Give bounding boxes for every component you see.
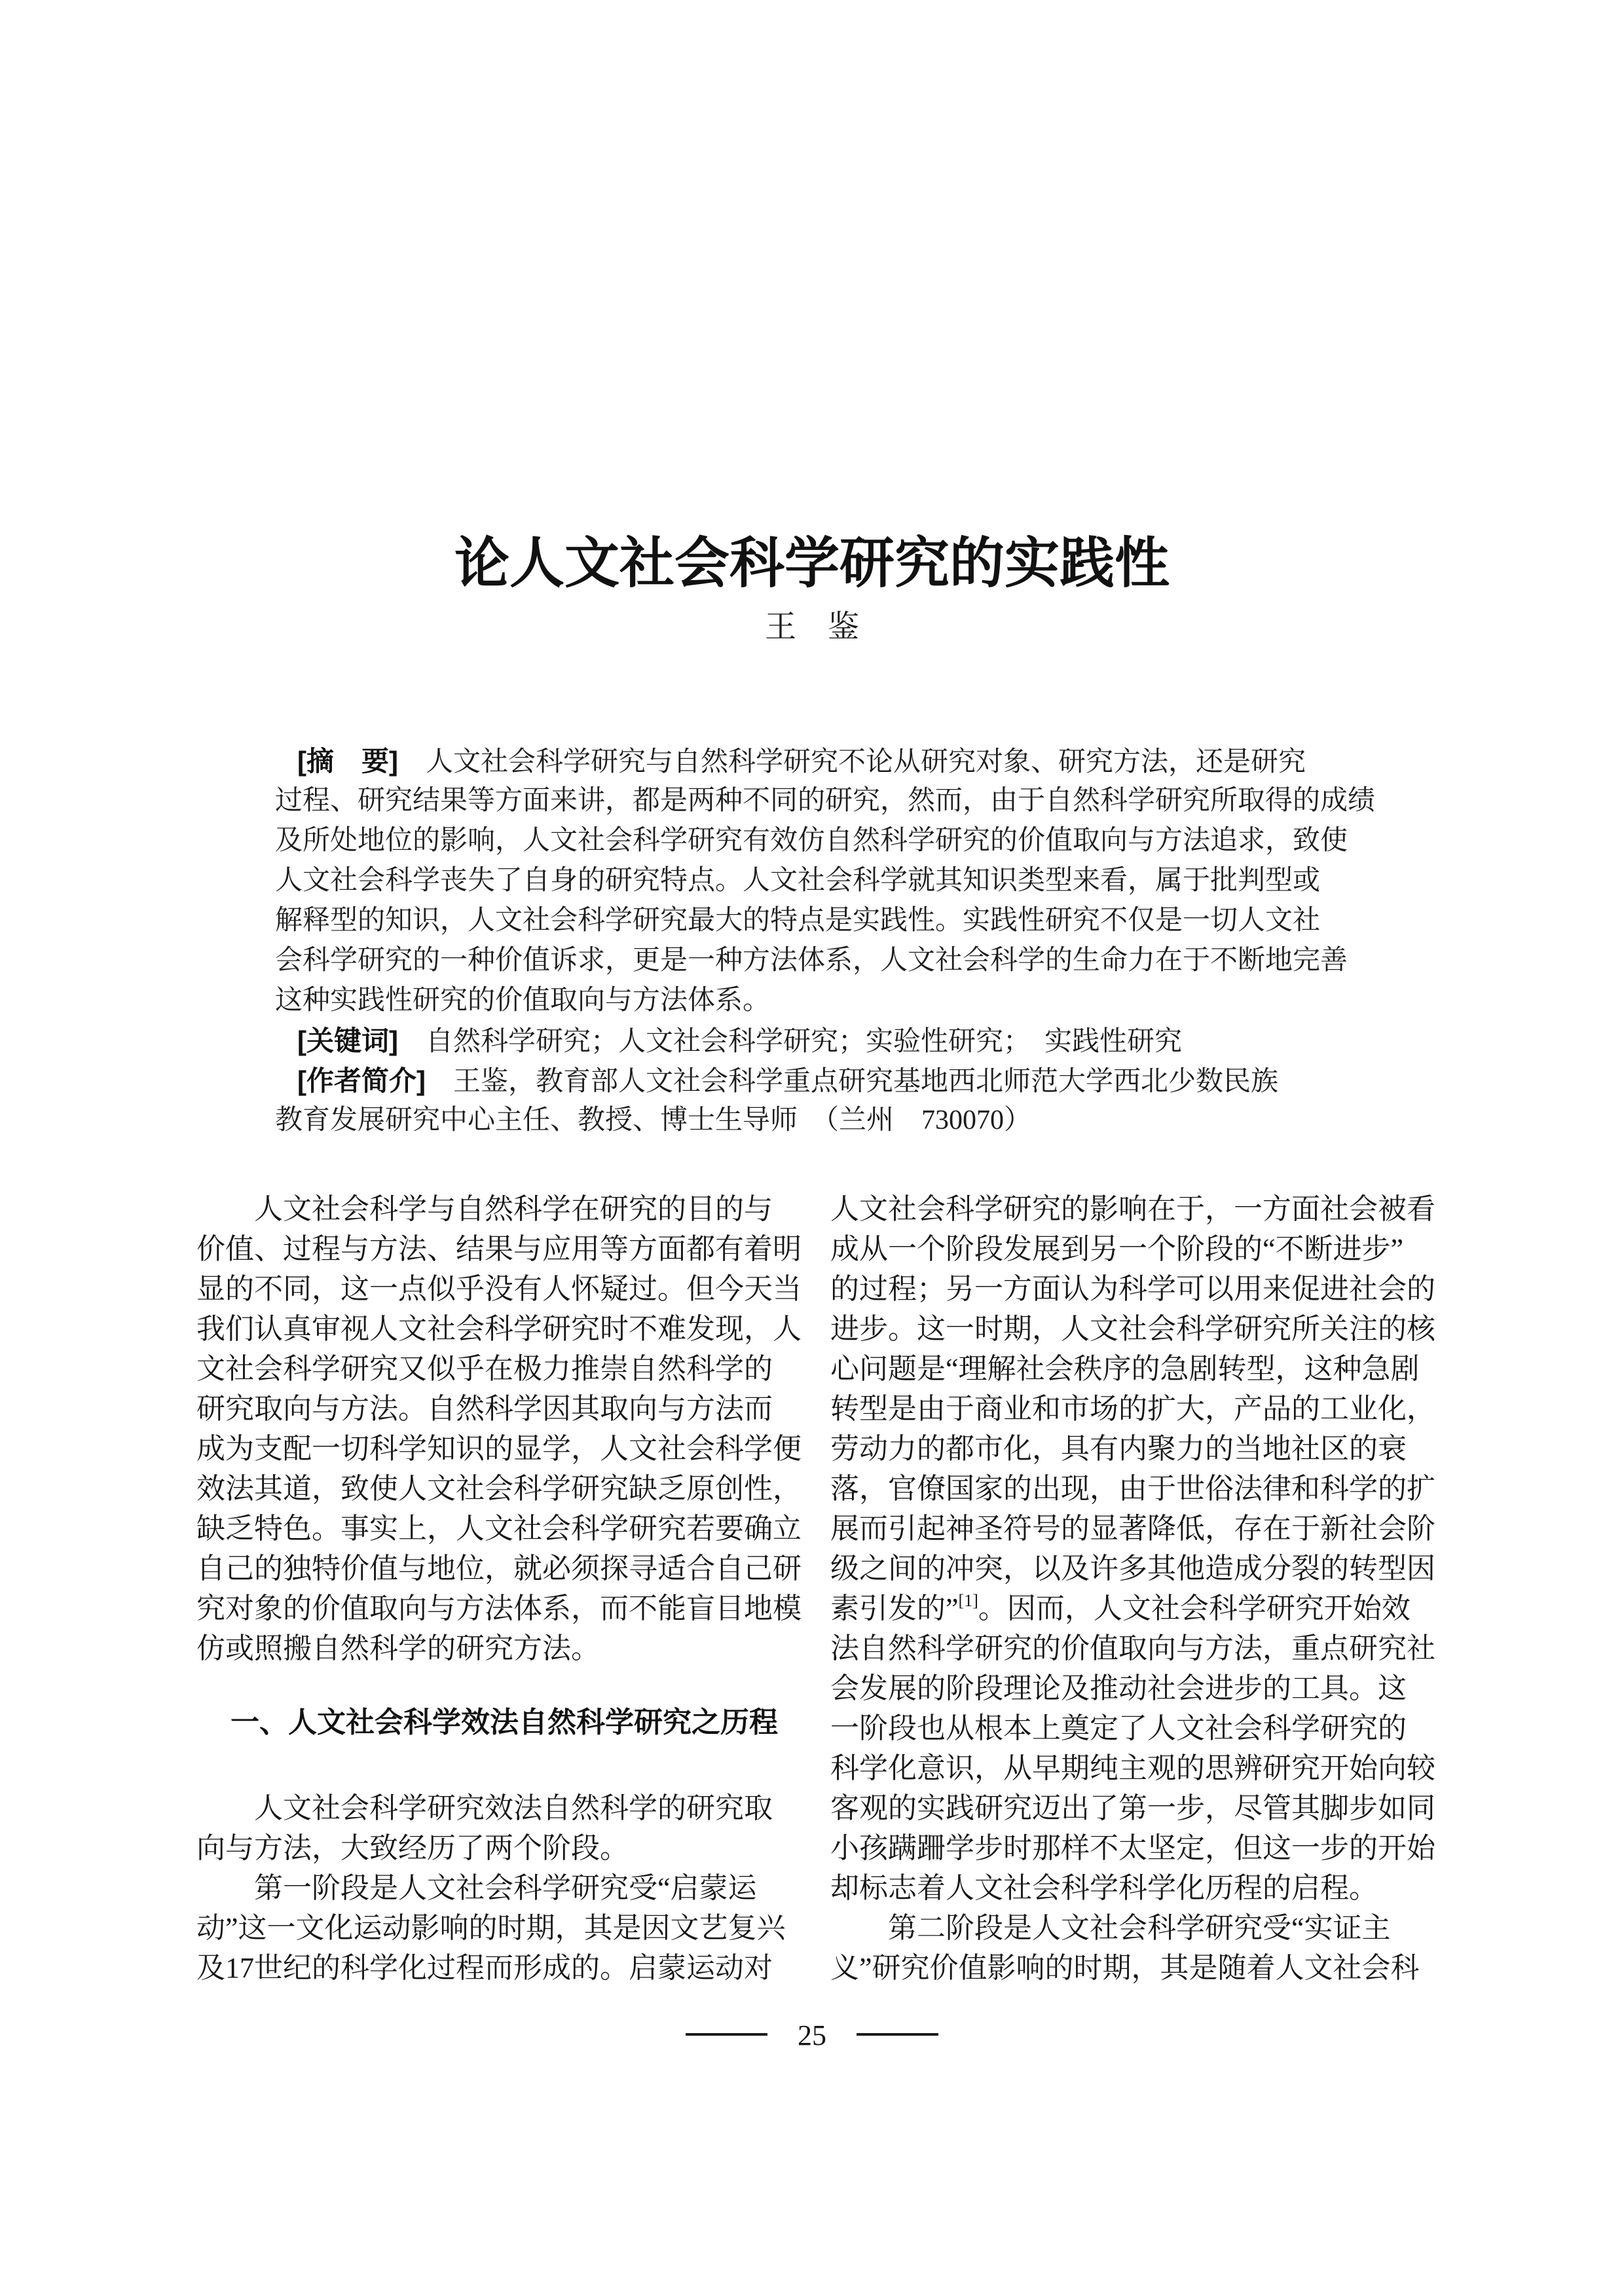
text-line: 级之间的冲突，以及许多其他造成分裂的转型因 [830,1549,1446,1588]
text-line: 成为支配一切科学知识的显学，人文社会科学便 [196,1429,812,1469]
text-line: 会科学研究的一种价值诉求，更是一种方法体系，人文社会科学的生命力在于不断地完善 [275,941,1356,981]
text-line: [作者简介]王鉴，教育部人文社会科学重点研究基地西北师范大学西北少数民族 [275,1061,1356,1101]
text-line: 心问题是“理解社会秩序的急剧转型，这种急剧 [830,1349,1446,1389]
text-line: 进步。这一时期，人文社会科学研究所关注的核 [830,1309,1446,1349]
article-title: 论人文社会科学研究的实践性 [0,536,1624,591]
section-heading: 一、人文社会科学效法自然科学研究之历程 [196,1702,812,1742]
text-line: 及17世纪的科学化过程而形成的。启蒙运动对 [196,1948,812,1988]
text-line: [关键词]自然科学研究；人文社会科学研究；实验性研究； 实践性研究 [275,1021,1356,1061]
text-line: 教育发展研究中心主任、教授、博士生导师 （兰州 730070） [275,1101,1356,1141]
text-line: 劳动力的都市化，具有内聚力的当地社区的衰 [830,1429,1446,1469]
text-line: 及所处地位的影响，人文社会科学研究有效仿自然科学研究的价值取向与方法追求，致使 [275,821,1356,861]
article-author: 王 鉴 [0,612,1624,643]
text-line: 仿或照搬自然科学的研究方法。 [196,1628,812,1668]
text-line: 却标志着人文社会科学科学化历程的启程。 [830,1868,1446,1908]
footer-rule-right [857,2033,938,2036]
text-line: 解释型的知识，人文社会科学研究最大的特点是实践性。实践性研究不仅是一切人文社 [275,901,1356,941]
text-line: 展而引起神圣符号的显著降低，存在于新社会阶 [830,1509,1446,1549]
text-line: 成从一个阶段发展到另一个阶段的“不断进步” [830,1229,1446,1269]
text-line: 这种实践性研究的价值取向与方法体系。 [275,981,1356,1021]
field-label: [关键词] [297,1025,398,1056]
text-line: 价值、过程与方法、结果与应用等方面都有着明 [196,1229,812,1269]
text-line: 人文社会科学研究效法自然科学的研究取 [196,1788,812,1828]
text-line: 文社会科学研究又似乎在极力推崇自然科学的 [196,1349,812,1389]
page-footer: 25 [0,2015,1624,2055]
right-column: 人文社会科学研究的影响在于，一方面社会被看成从一个阶段发展到另一个阶段的“不断进… [830,1189,1446,1988]
footnote-ref: [1] [959,1591,978,1610]
text-line: 第一阶段是人文社会科学研究受“启蒙运 [196,1868,812,1908]
text-line: 一阶段也从根本上奠定了人文社会科学研究的 [830,1708,1446,1748]
text-line: 自己的独特价值与地位，就必须探寻适合自己研 [196,1549,812,1588]
text-line: 会发展的阶段理论及推动社会进步的工具。这 [830,1668,1446,1708]
text-line: 转型是由于商业和市场的扩大，产品的工业化， [830,1389,1446,1429]
text-line: 科学化意识，从早期纯主观的思辨研究开始向较 [830,1748,1446,1788]
text-line: 客观的实践研究迈出了第一步，尽管其脚步如同 [830,1788,1446,1828]
front-matter-block: [摘 要]人文社会科学研究与自然科学研究不论从研究对象、研究方法，还是研究过程、… [275,741,1356,1141]
text-line: 落，官僚国家的出现，由于世俗法律和科学的扩 [830,1469,1446,1509]
footer-rule-left [686,2033,767,2036]
text-line: 究对象的价值取向与方法体系，而不能盲目地模 [196,1588,812,1628]
text-line: 小孩蹒跚学步时那样不太坚定，但这一步的开始 [830,1828,1446,1868]
text-line: 法自然科学研究的价值取向与方法，重点研究社 [830,1628,1446,1668]
field-label: [作者简介] [297,1065,426,1096]
field-label: [摘 要] [297,746,398,777]
text-line: 人文社会科学研究的影响在于，一方面社会被看 [830,1189,1446,1229]
text-line: 第二阶段是人文社会科学研究受“实证主 [830,1908,1446,1948]
text-line: 过程、研究结果等方面来讲，都是两种不同的研究，然而，由于自然科学研究所取得的成绩 [275,781,1356,821]
text-line: 动”这一文化运动影响的时期，其是因文艺复兴 [196,1908,812,1948]
paper-page: 论人文社会科学研究的实践性 王 鉴 [摘 要]人文社会科学研究与自然科学研究不论… [0,0,1624,2295]
text-line: 我们认真审视人文社会科学研究时不难发现，人 [196,1309,812,1349]
text-line: 义”研究价值影响的时期，其是随着人文社会科 [830,1948,1446,1988]
page-number: 25 [798,2019,826,2051]
text-line: 缺乏特色。事实上，人文社会科学研究若要确立 [196,1509,812,1549]
text-line: 人文社会科学丧失了自身的研究特点。人文社会科学就其知识类型来看，属于批判型或 [275,861,1356,901]
text-line: 向与方法，大致经历了两个阶段。 [196,1828,812,1868]
text-line: 显的不同，这一点似乎没有人怀疑过。但今天当 [196,1269,812,1309]
text-line: 素引发的”[1]。因而，人文社会科学研究开始效 [830,1588,1446,1628]
left-column: 人文社会科学与自然科学在研究的目的与价值、过程与方法、结果与应用等方面都有着明显… [196,1189,812,1988]
text-line: 效法其道，致使人文社会科学研究缺乏原创性， [196,1469,812,1509]
text-line: 人文社会科学与自然科学在研究的目的与 [196,1189,812,1229]
text-line: 的过程；另一方面认为科学可以用来促进社会的 [830,1269,1446,1309]
text-line: [摘 要]人文社会科学研究与自然科学研究不论从研究对象、研究方法，还是研究 [275,741,1356,781]
text-line: 研究取向与方法。自然科学因其取向与方法而 [196,1389,812,1429]
